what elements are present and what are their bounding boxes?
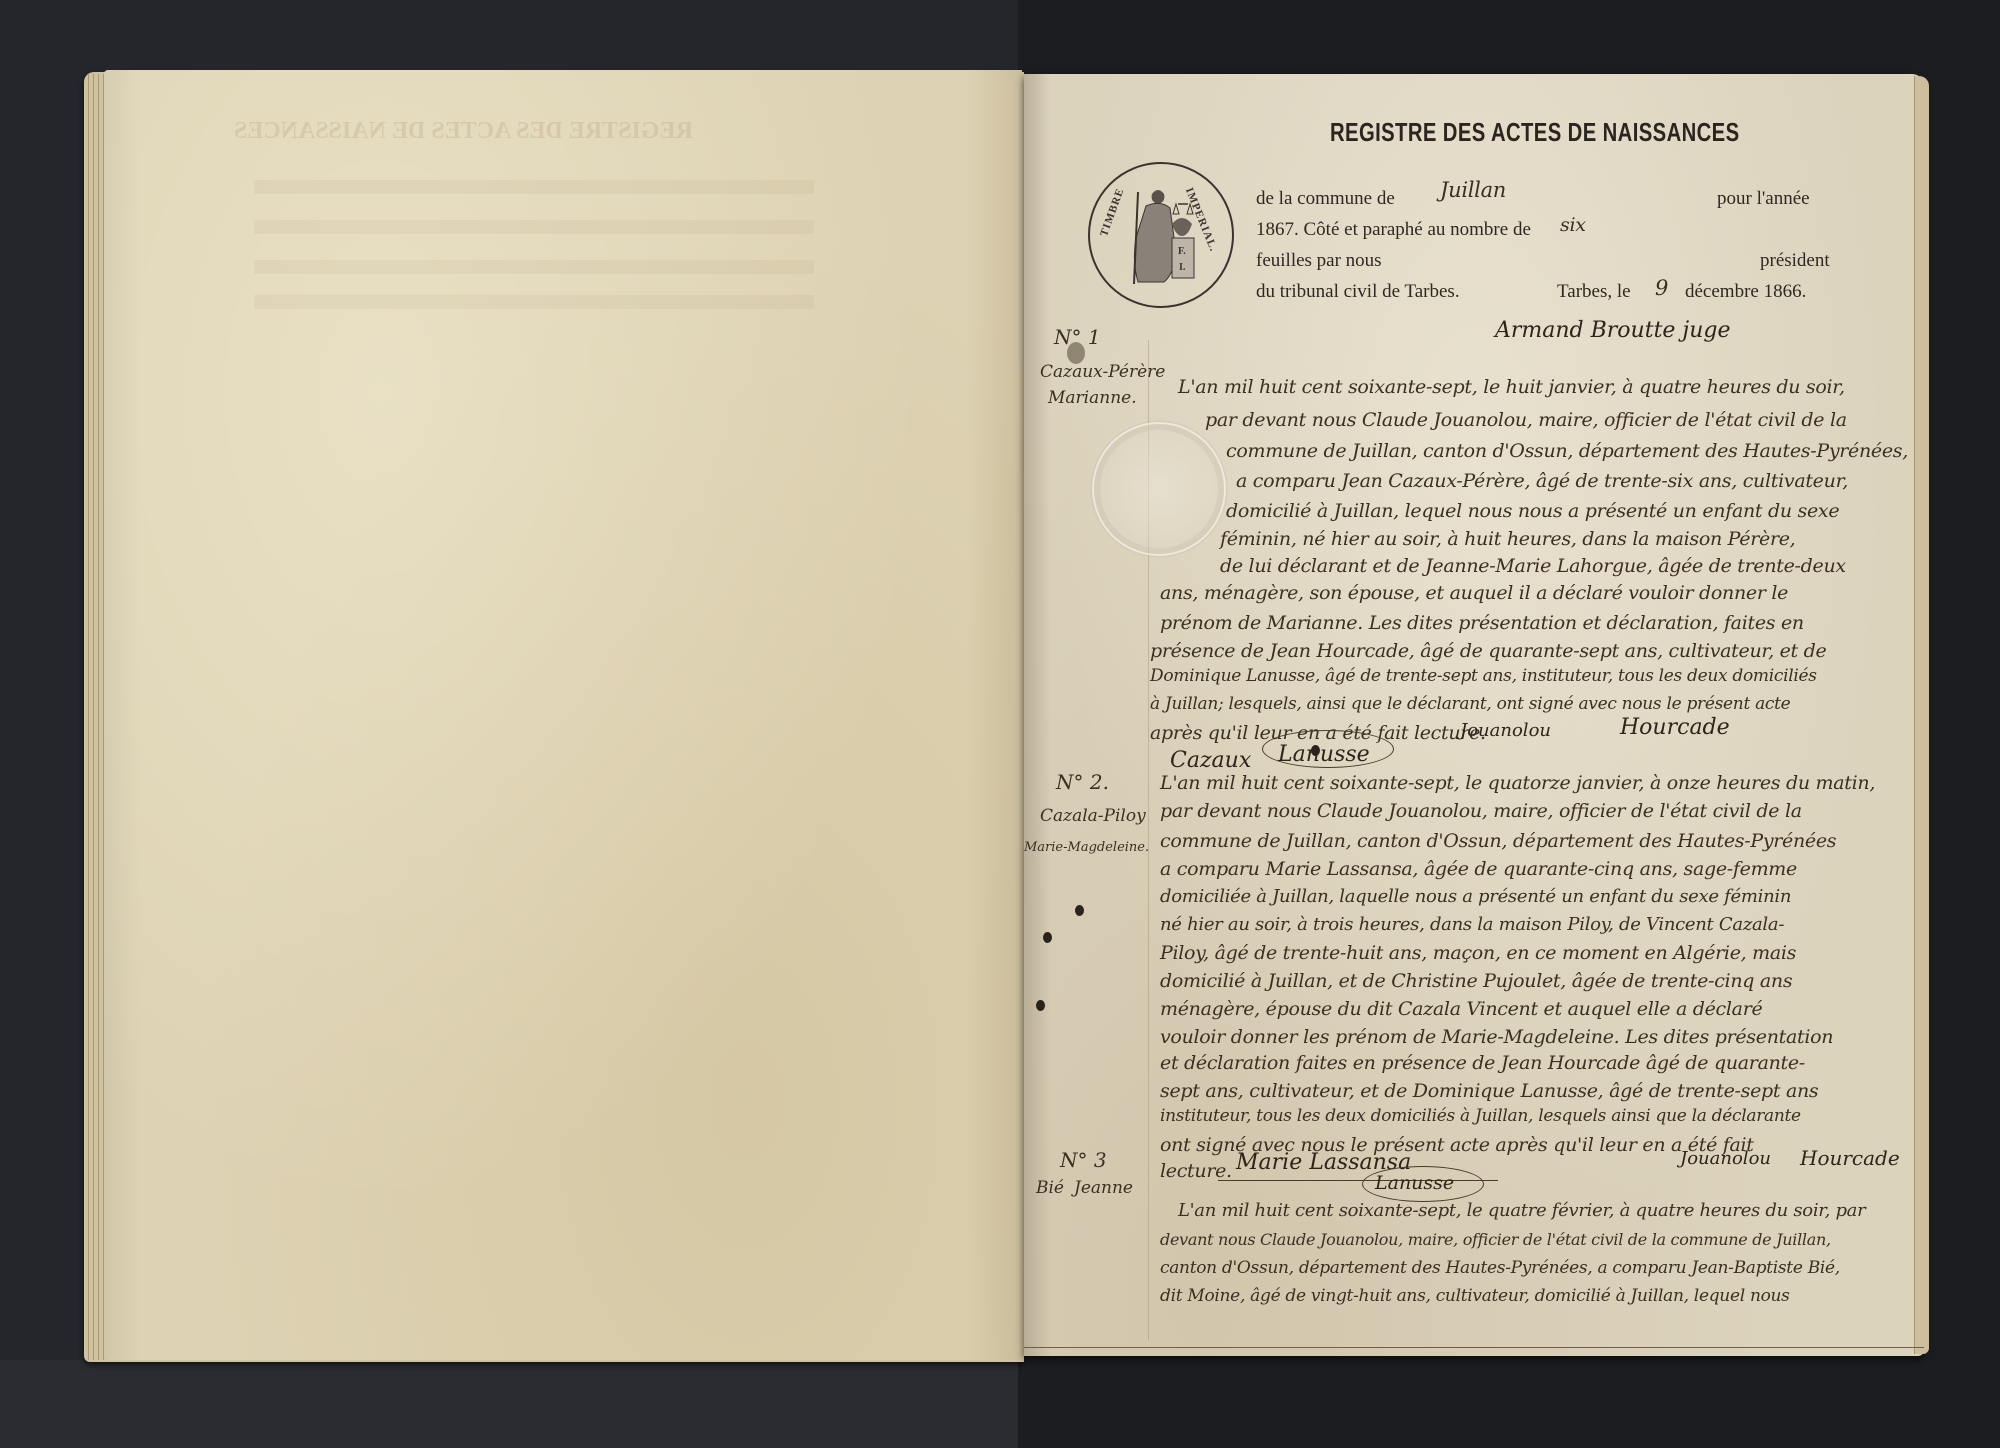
embossed-seal <box>1092 422 1226 556</box>
bleed-through-line <box>254 180 814 194</box>
count-value: six <box>1560 214 1586 236</box>
bleed-through-line <box>254 295 814 309</box>
ink-blot <box>1311 745 1320 756</box>
year-label: pour l'année <box>1717 188 1810 210</box>
judge-signature: Armand Broutte juge <box>1495 318 1731 343</box>
day-value: 9 <box>1655 276 1668 300</box>
entry-surname: Cazala-Piloy <box>1040 806 1146 826</box>
commune-label: de la commune de <box>1256 188 1395 210</box>
place-label: Tarbes, le <box>1557 281 1631 303</box>
commune-value: Juillan <box>1440 178 1506 202</box>
signature: Hourcade <box>1800 1146 1900 1170</box>
svg-text:I.: I. <box>1179 262 1186 273</box>
entry-number: N° 2. <box>1056 770 1109 794</box>
entry-given-name: Marianne. <box>1048 388 1137 408</box>
entry-surname: Bié <box>1036 1178 1064 1198</box>
page-edge <box>1914 76 1929 1354</box>
date-label: décembre 1866. <box>1685 281 1806 303</box>
ink-blot <box>1036 1000 1045 1011</box>
entry-number: N° 3 <box>1060 1148 1107 1172</box>
entry-given-name: Jeanne <box>1074 1178 1133 1198</box>
imperial-stamp: F. I. TIMBRE IMPERIAL. <box>1088 162 1234 308</box>
president-label: président <box>1760 250 1830 272</box>
count-label: 1867. Côté et paraphé au nombre de <box>1256 219 1531 241</box>
signature-flourish <box>1262 730 1394 768</box>
signature-flourish <box>1362 1166 1484 1202</box>
svg-text:F.: F. <box>1178 246 1186 257</box>
bottom-rule <box>1024 1347 1924 1348</box>
bleed-through-line <box>254 220 814 234</box>
signature: Cazaux <box>1170 748 1251 773</box>
ink-blot <box>1075 905 1084 916</box>
signature: Hourcade <box>1620 715 1730 740</box>
entry-surname: Cazaux-Pérère <box>1040 362 1165 382</box>
feuilles-label: feuilles par nous <box>1256 250 1382 272</box>
left-page-blank: REGISTRE DES ACTES DE NAISSANCES <box>104 70 1022 1360</box>
bleed-through-line <box>254 260 814 274</box>
entry-given-name: Marie-Magdeleine. <box>1024 840 1149 855</box>
ink-blot <box>1043 932 1052 943</box>
signature: Jouanolou <box>1680 1148 1771 1169</box>
tribunal-label: du tribunal civil de Tarbes. <box>1256 281 1460 303</box>
bleed-through-title: REGISTRE DES ACTES DE NAISSANCES <box>234 118 693 145</box>
ink-blot <box>1067 342 1085 364</box>
register-title: REGISTRE DES ACTES DE NAISSANCES <box>1330 117 1689 148</box>
signature: Jouanolou <box>1460 720 1551 741</box>
